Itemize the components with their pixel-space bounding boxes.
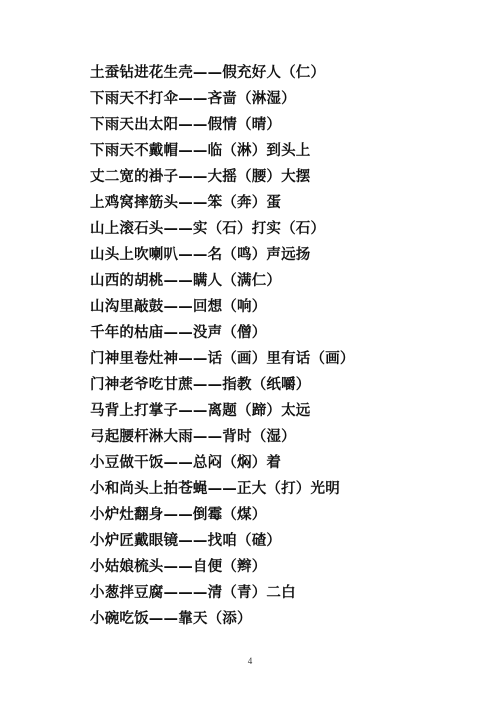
list-item: 门神老爷吃甘蔗——指教（纸嚼） bbox=[90, 375, 430, 401]
list-item: 小和尚头上拍苍蝇——正大（打）光明 bbox=[90, 479, 430, 505]
list-item: 山沟里敲鼓——回想（响） bbox=[90, 297, 430, 323]
list-item: 小炉匠戴眼镜——找咱（碴） bbox=[90, 531, 430, 557]
list-item: 小炉灶翻身——倒霉（煤） bbox=[90, 505, 430, 531]
list-item: 小姑娘梳头——自便（辫） bbox=[90, 557, 430, 583]
list-item: 山西的胡桃——瞒人（满仁） bbox=[90, 271, 430, 297]
list-item: 千年的枯庙——没声（僧） bbox=[90, 323, 430, 349]
list-item: 山上滚石头——实（石）打实（石） bbox=[90, 219, 430, 245]
list-item: 山头上吹喇叭——名（鸣）声远扬 bbox=[90, 245, 430, 271]
list-item: 小碗吃饭——靠天（添） bbox=[90, 609, 430, 635]
list-item: 下雨天不戴帽——临（淋）到头上 bbox=[90, 141, 430, 167]
list-item: 上鸡窝摔筋头——笨（奔）蛋 bbox=[90, 193, 430, 219]
document-page: 土蚕钻进花生壳——假充好人（仁） 下雨天不打伞——吝啬（淋湿） 下雨天出太阳——… bbox=[0, 0, 500, 707]
list-item: 小葱拌豆腐———清（青）二白 bbox=[90, 583, 430, 609]
list-item: 土蚕钻进花生壳——假充好人（仁） bbox=[90, 63, 430, 89]
list-item: 下雨天出太阳——假情（晴） bbox=[90, 115, 430, 141]
list-item: 弓起腰杆淋大雨——背时（湿） bbox=[90, 427, 430, 453]
list-item: 下雨天不打伞——吝啬（淋湿） bbox=[90, 89, 430, 115]
page-number: 4 bbox=[0, 656, 500, 666]
list-item: 门神里卷灶神——话（画）里有话（画） bbox=[90, 349, 430, 375]
list-item: 丈二宽的褂子——大摇（腰）大摆 bbox=[90, 167, 430, 193]
list-item: 马背上打掌子——离题（蹄）太远 bbox=[90, 401, 430, 427]
xiehouyu-list: 土蚕钻进花生壳——假充好人（仁） 下雨天不打伞——吝啬（淋湿） 下雨天出太阳——… bbox=[90, 63, 430, 635]
list-item: 小豆做干饭——总闷（焖）着 bbox=[90, 453, 430, 479]
